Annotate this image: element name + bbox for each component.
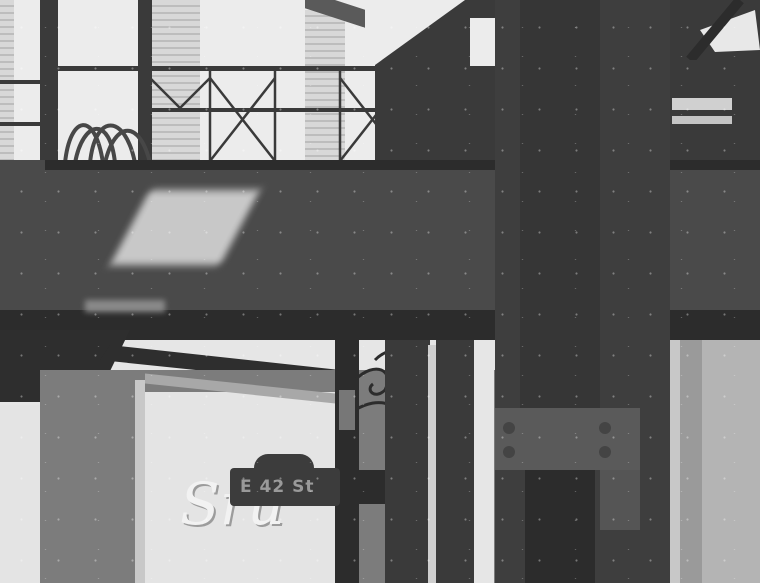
truss-upper-right [670,0,760,60]
street-sign-crest [254,454,314,472]
street-sign: E 42 St [230,468,340,506]
light-gap [428,345,436,583]
hose-coil [55,105,155,165]
rivet [599,446,611,458]
column-base-shadow [525,470,595,583]
light-gap [672,116,732,124]
rivet [503,446,515,458]
girder-left-end [0,160,45,310]
right-pillar-edge [670,340,680,583]
railing-rail-left [0,122,40,126]
terrazzo-wall [702,340,760,583]
railing-rail-left [0,80,40,84]
light-gap [474,340,494,583]
support-column [436,340,476,583]
support-column [385,340,430,583]
street-sign-text: E 42 St [240,477,314,497]
column-splice-plate [495,408,640,470]
storefront-left [0,405,40,583]
rivet [599,422,611,434]
light-reflection [85,300,165,312]
column-lower-plate [600,470,640,530]
lamp-post-collar [339,390,355,430]
light-gap [672,98,732,110]
girder-diagonal-shadow [375,0,505,70]
wall-pilaster [135,380,145,583]
rivet [503,422,515,434]
column-web [520,0,600,410]
photo-scene: Sru E 42 St [0,0,760,583]
